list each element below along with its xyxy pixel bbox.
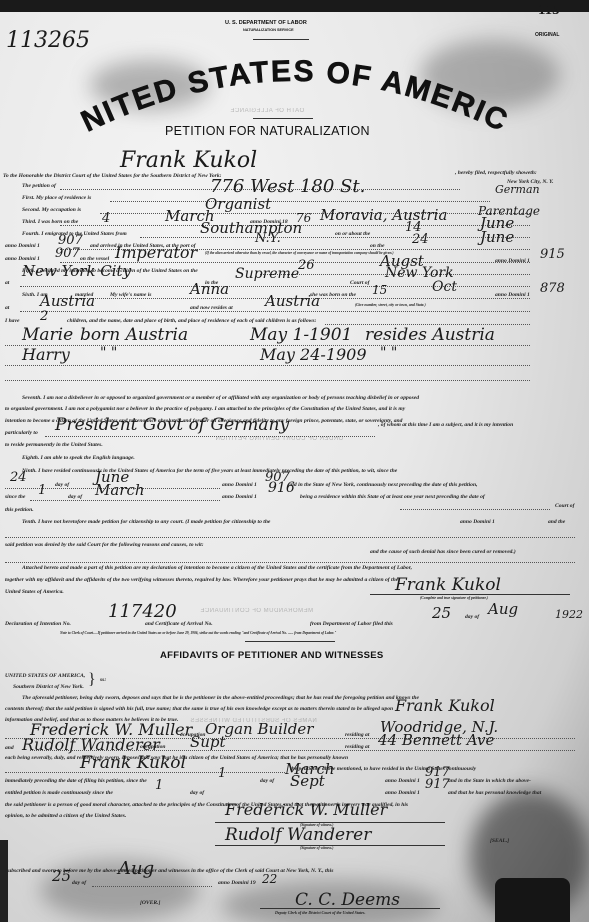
subscribed-anno: anno Domini 19 — [218, 880, 256, 886]
filed-label: from Department of Labor filed this — [310, 621, 393, 627]
arrived-port: N.Y. — [255, 231, 281, 246]
declared-day: 26 — [298, 258, 315, 273]
wife-resides: Austria — [265, 292, 320, 310]
venue-line-2: Southern District of New York. — [13, 684, 84, 690]
arrived-day: 24 — [412, 232, 429, 247]
state-since-month: Sept — [290, 772, 325, 790]
filed-month: Aug — [488, 600, 518, 618]
wife-born-year: 878 — [540, 281, 565, 296]
filed-day-of: day of — [465, 614, 479, 620]
wife-at-label: at — [5, 305, 9, 311]
affidavit-text-7: and in the State in which the above- — [448, 778, 531, 784]
seventh-text-1: Seventh. I am not a disbeliever in or op… — [22, 395, 419, 401]
tenth-text-1: Tenth. I have not heretofore made petiti… — [22, 519, 270, 525]
children-text: children, and the name, date and place o… — [67, 318, 316, 324]
naturalization-petition-page: 115 113265 U. S. DEPARTMENT OF LABOR NAT… — [0, 0, 589, 922]
child-1-resides: resides Austria — [365, 325, 495, 345]
witness-2-occupation: Supt — [190, 733, 226, 751]
us-since-day: 1 — [218, 766, 226, 781]
children-label: I have — [5, 318, 19, 324]
affidavit-petitioner-signature: Frank Kukol — [395, 696, 495, 715]
declared-court: Supreme — [235, 266, 299, 282]
residence-value: 776 West 180 St. — [210, 176, 365, 197]
seventh-text-6: to reside permanently in the United Stat… — [5, 442, 103, 448]
child-1-date: May 1-1901 — [250, 325, 352, 345]
tenth-anno: anno Domini 1 — [460, 519, 495, 525]
affidavits-title: AFFIDAVITS OF PETITIONER AND WITNESSES — [160, 650, 384, 661]
arrived-month: June — [480, 228, 514, 246]
ghost-oath-text: OATH OF ALLEGIANCE — [230, 108, 304, 114]
petitioner-label: The petition of — [22, 183, 56, 189]
us-since-anno: anno Domini 1 — [385, 778, 420, 784]
venue-brace: } — [88, 672, 96, 688]
wife-born-month: Oct — [432, 279, 457, 295]
tenth-and-the: and the — [548, 519, 565, 525]
venue-ss: ss: — [100, 677, 106, 683]
wife-born-day: 15 — [372, 283, 387, 297]
affidavit-text-2: contents thereof; that the said petition… — [5, 706, 393, 712]
seventh-text-2: to organized government. I am not a poly… — [5, 406, 405, 412]
birthplace: Moravia, Austria — [320, 206, 447, 224]
ninth-since-anno: anno Domini 1 — [222, 494, 257, 500]
occupation-label: Second. My occupation is — [22, 207, 81, 213]
signature-hint: (Complete and true signature of petition… — [420, 596, 488, 600]
state-since-year: 917 — [425, 777, 450, 792]
declared-at-label: at — [5, 280, 9, 286]
declared-year: 915 — [540, 247, 565, 262]
born-day: 4 — [102, 211, 110, 226]
ninth-text-3: since the — [5, 494, 25, 500]
witness-2-address: 44 Bennett Ave — [378, 731, 494, 749]
and-label: and — [5, 745, 14, 751]
state-since-day: 1 — [155, 778, 163, 793]
seventh-text-4: particularly to — [5, 430, 38, 436]
filed-day: 25 — [432, 604, 451, 622]
child-2-born: " " — [100, 345, 117, 361]
vessel-name: Imperator — [115, 243, 197, 262]
hereby-filed-text: , hereby filed, respectfully showeth: — [455, 170, 537, 176]
seventh-text-5: , of whom at this time I am a subject, a… — [378, 422, 513, 428]
affidavit-petitioner-name: Frank Kukol — [80, 753, 186, 773]
tenth-text-5: said petition was denied by the said Cou… — [5, 542, 204, 548]
seal-label: [SEAL.] — [490, 838, 509, 844]
residence-label: First. My place of residence is — [22, 195, 91, 201]
us-since-day-of: day of — [260, 778, 274, 784]
declaration-number: 117420 — [108, 601, 177, 622]
ninth-since-day: 1 — [38, 483, 46, 498]
ninth-since-year: 916 — [268, 480, 295, 496]
affidavit-text-6: immediately preceding the date of filing… — [5, 778, 147, 784]
original-label: ORIGINAL — [535, 32, 559, 38]
ink-stamp-shadow — [495, 878, 570, 922]
ghost-memorandum-text: MEMORANDUM OF CONTINUANCE — [200, 608, 313, 614]
child-1-name: Marie — [22, 325, 73, 345]
attached-text-1: Attached hereto and made a part of this … — [22, 565, 412, 571]
over-label: [OVER.] — [140, 900, 160, 906]
clerk-signature: C. C. Deems — [295, 890, 400, 910]
wife-resides-hint: (Give number, street, city or town, and … — [355, 303, 426, 307]
page-number: 115 — [538, 2, 560, 19]
ninth-text-4: being a residence within this State of a… — [300, 494, 485, 500]
emigrated-from: Southampton — [200, 219, 302, 237]
service-label: NATURALIZATION SERVICE — [243, 28, 294, 32]
subscribed-day: 25 — [52, 867, 71, 885]
ninth-since-month: March — [95, 481, 145, 499]
subscribed-day-of: day of — [72, 880, 86, 886]
declared-year-label: anno Domini 1 — [495, 258, 530, 264]
child-2-name: Harry — [22, 345, 70, 364]
court-address: To the Honorable the District Court of t… — [3, 173, 222, 179]
vessel-year: 907 — [55, 246, 80, 261]
tenth-text-6: and the cause of such denial has since b… — [370, 549, 516, 555]
wife-born-place: Austria — [40, 292, 95, 310]
ninth-text-1: Ninth. I have resided continuously in th… — [22, 468, 397, 474]
petitioner-signature: Frank Kukol — [395, 575, 501, 595]
child-1-born: born Austria — [80, 325, 188, 345]
attached-text-2: together with my affidavit and the affid… — [5, 577, 398, 583]
ninth-day: 24 — [10, 470, 27, 485]
clerk-title: Deputy Clerk of the District Court of th… — [275, 910, 365, 915]
declaration-label: Declaration of Intention No. — [5, 621, 71, 627]
witness-2-signature: Rudolf Wanderer — [225, 825, 371, 845]
filed-year: 1922 — [555, 608, 583, 621]
child-2-date: May 24-1909 — [260, 345, 367, 364]
certificate-label: and Certificate of Arrival No. — [145, 621, 213, 627]
eighth-text: Eighth. I am able to speak the English l… — [22, 455, 135, 461]
tenth-court-of: Court of — [555, 503, 574, 509]
petition-title: PETITION FOR NATURALIZATION — [165, 124, 370, 138]
affidavit-text-9: and that he has personal knowledge that — [448, 790, 541, 796]
affidavit-text-1: The aforesaid petitioner, being duly swo… — [22, 695, 419, 701]
subscribed-month: Aug — [118, 858, 154, 879]
child-2-resides: " " — [380, 345, 397, 361]
ninth-anno-label: anno Domini 1 — [222, 482, 257, 488]
state-since-anno: anno Domini 1 — [385, 790, 420, 796]
ninth-text-2: and in the State of New York, continuous… — [288, 482, 477, 488]
scan-left-edge — [0, 840, 8, 922]
children-count: 2 — [40, 309, 48, 324]
note-to-clerk: Note to Clerk of Court.—If petitioner ar… — [60, 631, 336, 635]
witness-1-signature: Frederick W. Muller — [225, 800, 387, 819]
attached-text-3: United States of America. — [5, 589, 64, 595]
scan-top-edge — [0, 0, 589, 12]
state-since-day-of: day of — [190, 790, 204, 796]
witness-2-sig-hint: (Signature of witness.) — [300, 846, 333, 850]
vessel-hint: (If the alien arrived otherwise than by … — [205, 251, 394, 255]
emigrated-year-label: anno Domini 1 — [5, 243, 40, 249]
venue-line-1: UNITED STATES OF AMERICA, — [5, 673, 85, 679]
sovereign: President Govt of Germany — [55, 415, 289, 435]
ghost-order-text: ORDER OF COURT DENYING PETITION — [215, 436, 343, 442]
subscribed-year: 22 — [262, 872, 277, 886]
wife-name: Anna — [190, 280, 229, 298]
declared-place: New York City — [22, 262, 131, 280]
petitioner-name: Frank Kukol — [120, 148, 257, 173]
parentage-german: German — [495, 183, 540, 196]
department-label: U. S. DEPARTMENT OF LABOR — [225, 20, 307, 26]
affidavit-text-11: opinion, to be admitted a citizen of the… — [5, 813, 126, 819]
ninth-text-5: this petition. — [5, 507, 34, 513]
affidavit-text-8: entitled petition is made continuously s… — [5, 790, 113, 796]
